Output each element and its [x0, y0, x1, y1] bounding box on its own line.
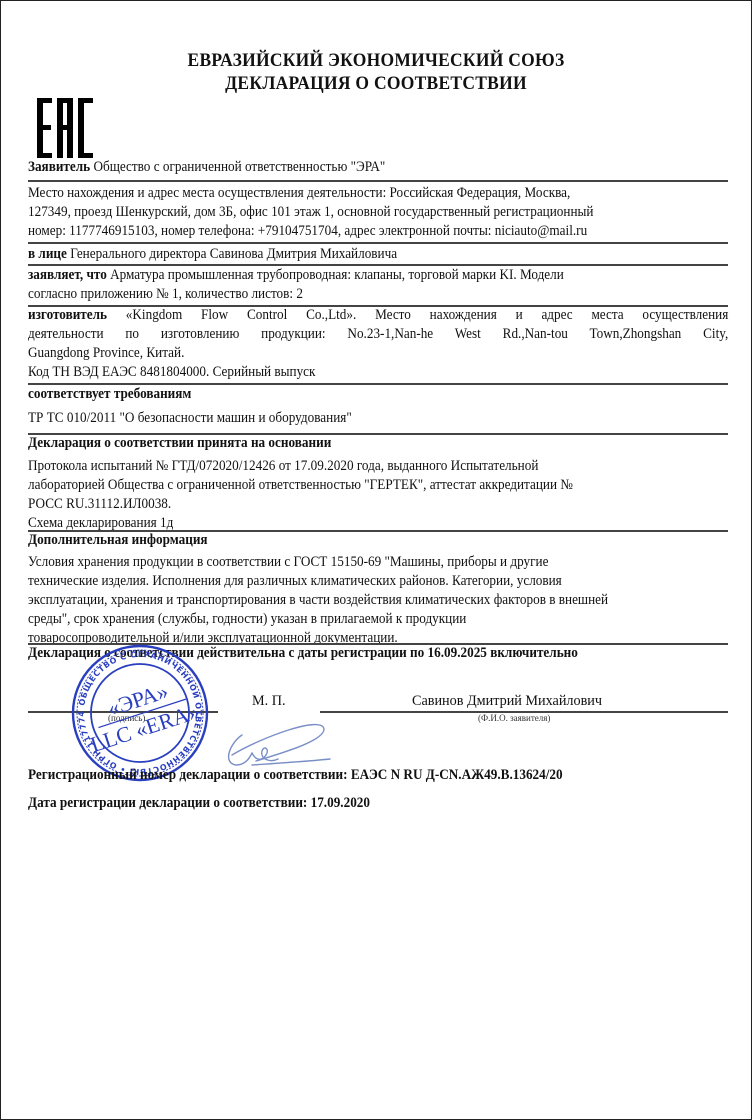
divider	[28, 180, 728, 182]
eac-mark-icon	[37, 98, 93, 158]
manufacturer-line: Guangdong Province, Китай.	[28, 344, 728, 363]
declares-label: заявляет, что	[28, 267, 107, 283]
company-seal-stamp: ОБЩЕСТВО С ОГРАНИЧЕННОЙ ОТВЕТСТВЕННОСТЬЮ…	[70, 643, 210, 783]
registration-number: Регистрационный номер декларации о соотв…	[28, 767, 563, 783]
header-declaration-title: ДЕКЛАРАЦИЯ О СООТВЕТСТВИИ	[30, 73, 722, 95]
address-line: номер: 1177746915103, номер телефона: +7…	[28, 222, 728, 241]
manufacturer-label: изготовитель	[28, 307, 107, 323]
manufacturer-block: изготовитель «Kingdom Flow Control Co.,L…	[28, 306, 728, 382]
header-union-title: ЕВРАЗИЙСКИЙ ЭКОНОМИЧЕСКИЙ СОЮЗ	[30, 50, 722, 72]
address-line: Место нахождения и адрес места осуществл…	[28, 184, 728, 203]
complies-block: соответствует требованиям ТР ТС 010/2011…	[28, 385, 728, 428]
address-line: 127349, проезд Шенкурский, дом 3Б, офис …	[28, 203, 728, 222]
complies-label: соответствует требованиям	[28, 386, 191, 402]
additional-line: эксплуатации, хранения и транспортирован…	[28, 591, 728, 610]
represented-by-value: Генерального директора Савинова Дмитрия …	[67, 246, 397, 262]
registration-date: Дата регистрации декларации о соответств…	[28, 795, 370, 811]
represented-by-label: в лице	[28, 246, 67, 262]
declares-line: согласно приложению № 1, количество лист…	[28, 285, 728, 304]
basis-label: Декларация о соответствии принята на осн…	[28, 435, 331, 451]
manufacturer-line: «Kingdom Flow Control Co.,Ltd». Место на…	[107, 307, 728, 323]
basis-block: Декларация о соответствии принята на осн…	[28, 434, 728, 533]
applicant-label: Заявитель	[28, 159, 90, 175]
signatory-name: Савинов Дмитрий Михайлович	[412, 692, 712, 711]
hs-code-line: Код ТН ВЭД ЕАЭС 8481804000. Серийный вып…	[28, 363, 728, 382]
applicant-row: Заявитель Общество с ограниченной ответс…	[28, 158, 728, 177]
registration-number-row: Регистрационный номер декларации о соотв…	[28, 766, 728, 785]
address-block: Место нахождения и адрес места осуществл…	[28, 184, 728, 241]
additional-info-block: Дополнительная информация Условия хранен…	[28, 531, 728, 648]
regulation-value: ТР ТС 010/2011 "О безопасности машин и о…	[28, 409, 728, 428]
additional-line: технические изделия. Исполнения для разл…	[28, 572, 728, 591]
registration-date-row: Дата регистрации декларации о соответств…	[28, 794, 728, 813]
declares-block: заявляет, что Арматура промышленная труб…	[28, 266, 728, 304]
additional-info-label: Дополнительная информация	[28, 532, 208, 548]
applicant-value: Общество с ограниченной ответственностью…	[90, 159, 385, 175]
additional-line: Условия хранения продукции в соответстви…	[28, 553, 728, 572]
seal-place-label: М. П.	[252, 692, 312, 711]
manufacturer-line: деятельности по изготовлению продукции: …	[28, 325, 728, 344]
represented-by-row: в лице Генерального директора Савинова Д…	[28, 245, 728, 264]
basis-line: РОСС RU.31112.ИЛ0038.	[28, 495, 728, 514]
name-caption: (Ф.И.О. заявителя)	[478, 713, 550, 723]
basis-line: Протокола испытаний № ГТД/072020/12426 о…	[28, 457, 728, 476]
basis-line: лабораторией Общества с ограниченной отв…	[28, 476, 728, 495]
additional-line: среды", срок хранения (службы, годности)…	[28, 610, 728, 629]
declares-line: Арматура промышленная трубопроводная: кл…	[107, 267, 564, 283]
divider	[28, 242, 728, 244]
